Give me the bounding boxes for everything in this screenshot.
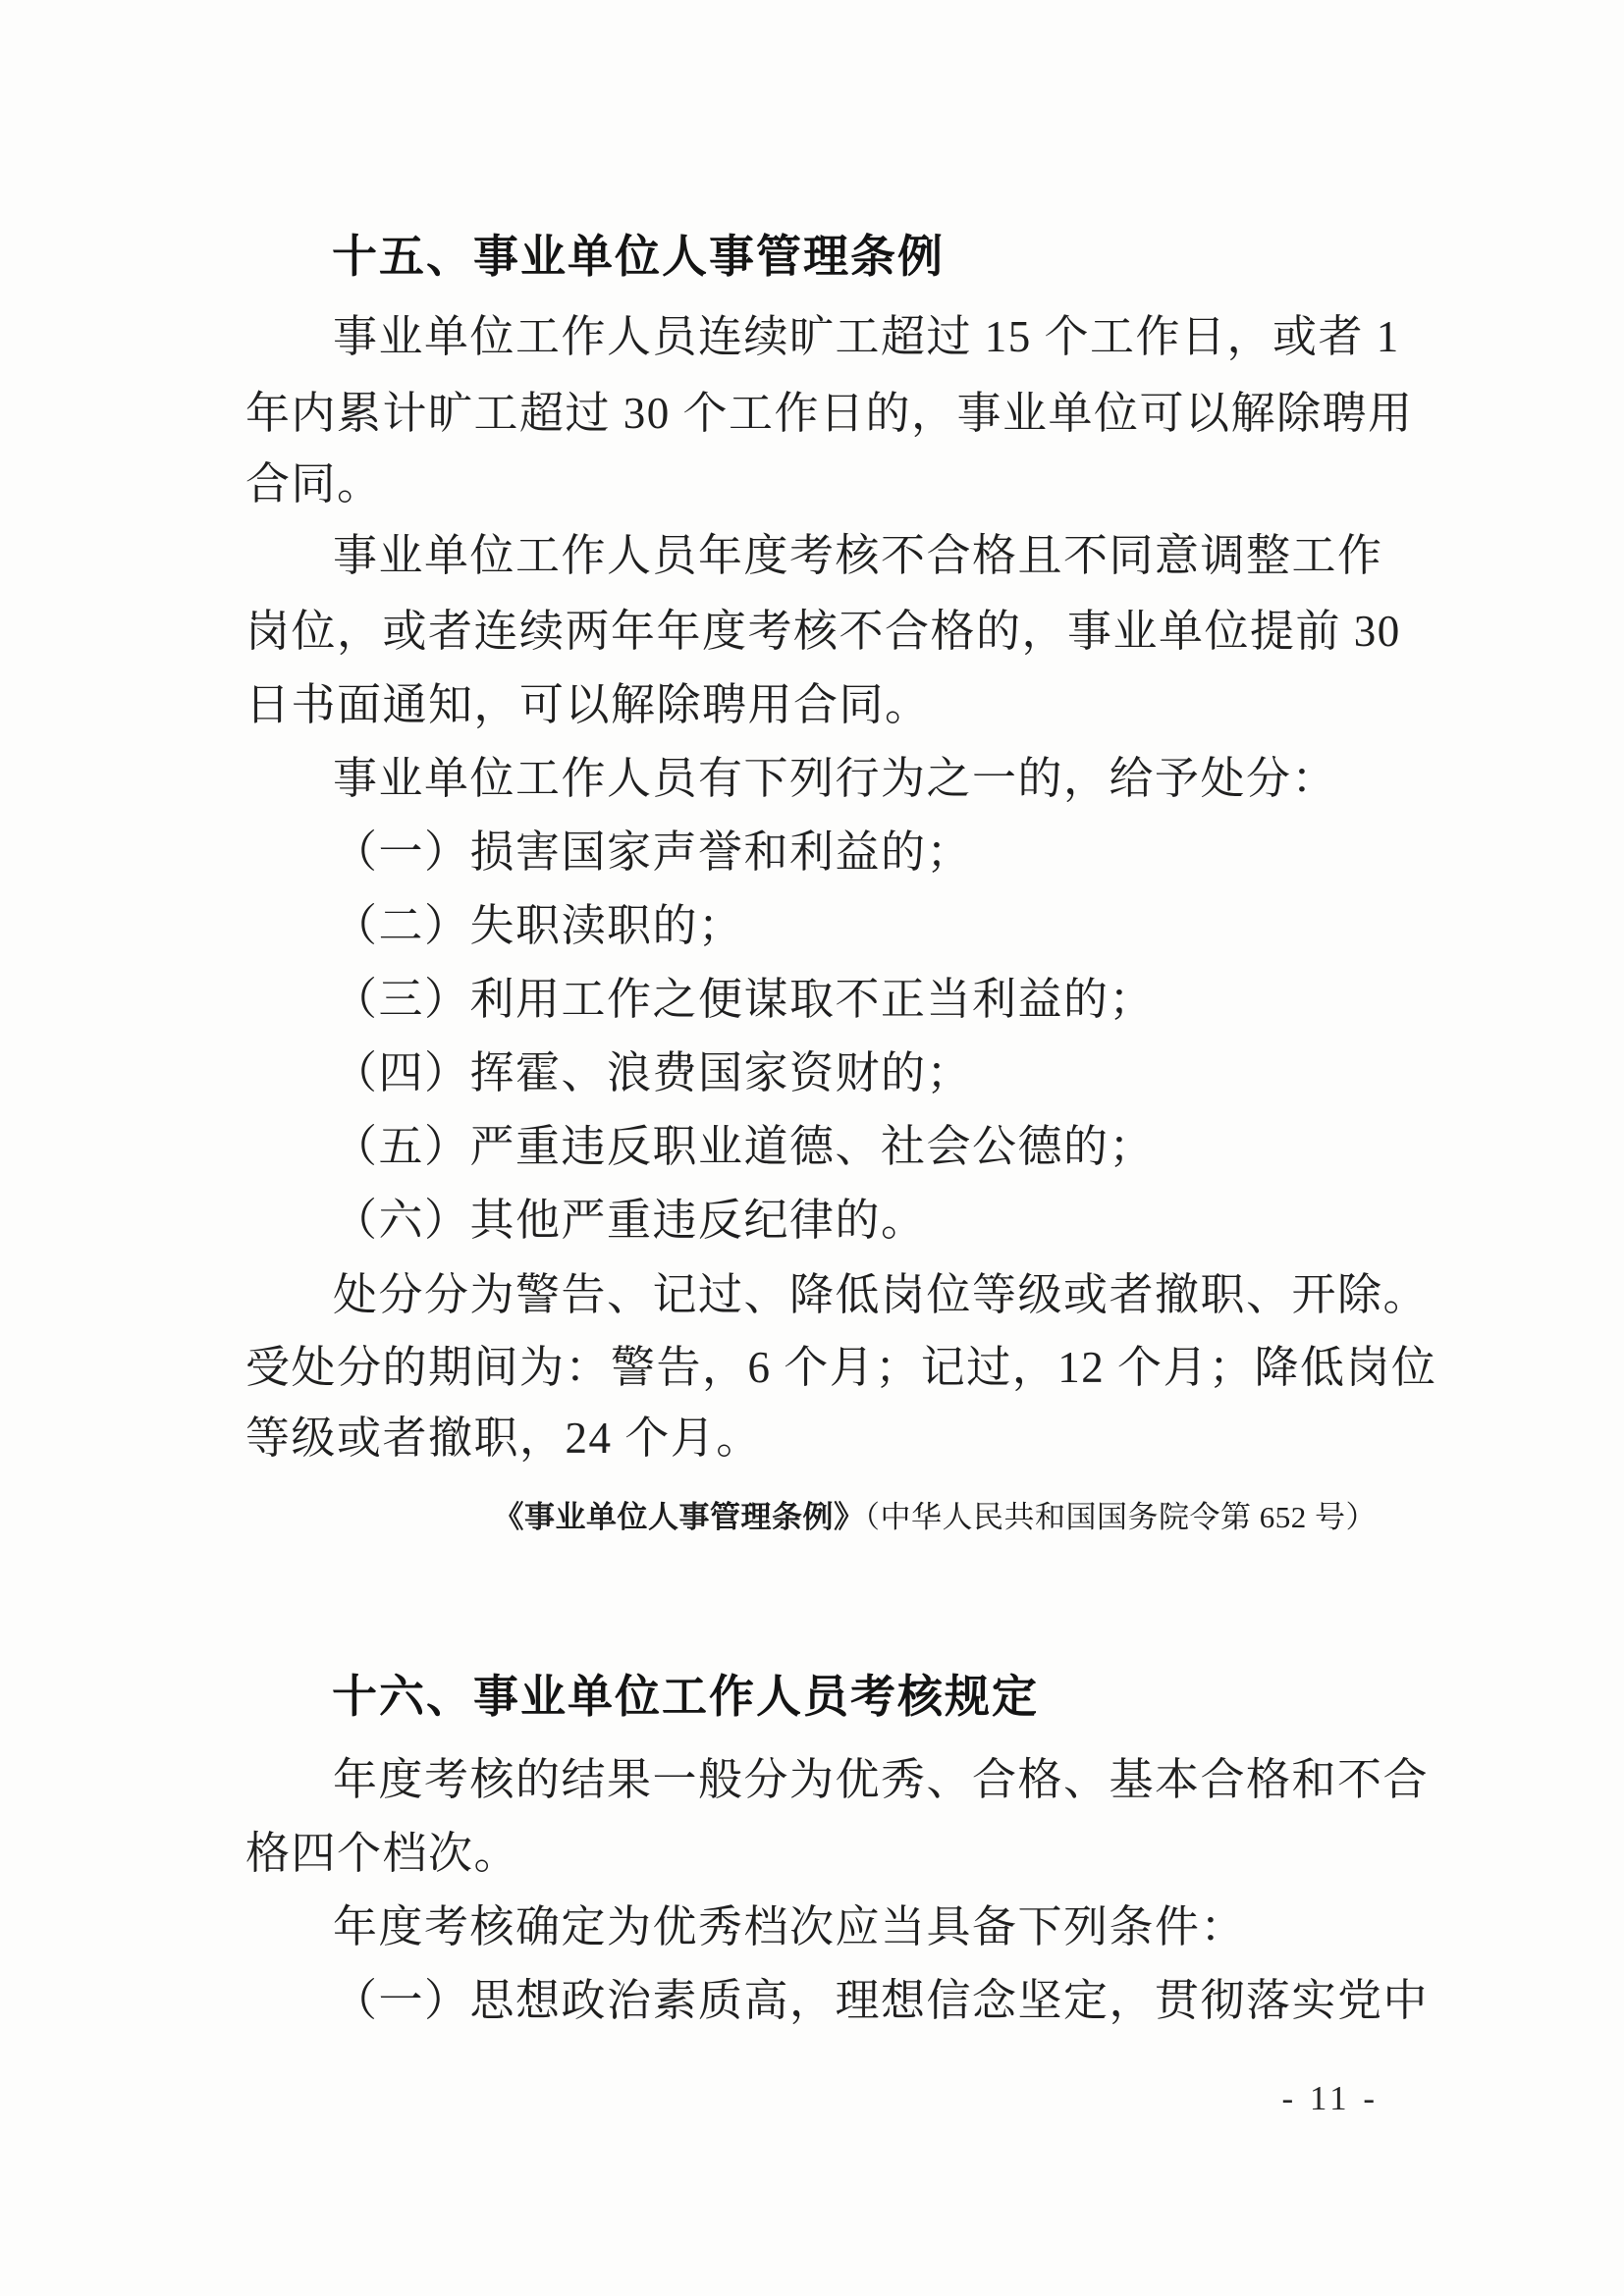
paragraph-line: 年度考核确定为优秀档次应当具备下列条件： (245, 1896, 1482, 1957)
paragraph-line: 事业单位工作人员年度考核不合格且不同意调整工作 (245, 525, 1482, 586)
list-item: （二）失职渎职的； (245, 895, 1482, 956)
list-item: （一）损害国家声誉和利益的； (245, 822, 1482, 882)
section-15-heading: 十五、事业单位人事管理条例 (332, 224, 945, 289)
list-item: （三）利用工作之便谋取不正当利益的； (245, 969, 1482, 1030)
paragraph-line: （一）思想政治素质高，理想信念坚定，贯彻落实党中 (245, 1970, 1482, 2031)
section-16-heading: 十六、事业单位工作人员考核规定 (332, 1664, 1039, 1729)
paragraph-line: 等级或者撤职，24 个月。 (245, 1408, 1394, 1468)
list-item: （四）挥霍、浪费国家资财的； (245, 1042, 1482, 1103)
paragraph-line: 日书面通知，可以解除聘用合同。 (245, 674, 1394, 735)
paragraph-line: 处分分为警告、记过、降低岗位等级或者撤职、开除。 (245, 1264, 1482, 1325)
page-number: - 11 - (1281, 2077, 1379, 2120)
paragraph-line: 受处分的期间为：警告，6 个月；记过，12 个月；降低岗位 (245, 1337, 1394, 1398)
paragraph-line: 合同。 (245, 454, 1394, 514)
paragraph-line: 岗位，或者连续两年年度考核不合格的，事业单位提前 30 (245, 601, 1394, 662)
citation-title: 《事业单位人事管理条例》 (494, 1500, 865, 1534)
list-item: （六）其他严重违反纪律的。 (245, 1190, 1482, 1251)
paragraph-line: 年内累计旷工超过 30 个工作日的，事业单位可以解除聘用 (245, 383, 1394, 444)
list-item: （五）严重违反职业道德、社会公德的； (245, 1116, 1482, 1177)
citation-source: （中华人民共和国国务院令第 652 号） (865, 1500, 1378, 1534)
paragraph-line: 事业单位工作人员有下列行为之一的，给予处分： (245, 748, 1482, 809)
paragraph-line: 事业单位工作人员连续旷工超过 15 个工作日，或者 1 (245, 306, 1482, 367)
citation: 《事业单位人事管理条例》（中华人民共和国国务院令第 652 号） (494, 1496, 1378, 1539)
document-page: 十五、事业单位人事管理条例 事业单位工作人员连续旷工超过 15 个工作日，或者 … (0, 0, 1624, 2296)
paragraph-line: 年度考核的结果一般分为优秀、合格、基本合格和不合 (245, 1749, 1482, 1810)
paragraph-line: 格四个档次。 (245, 1823, 1394, 1884)
